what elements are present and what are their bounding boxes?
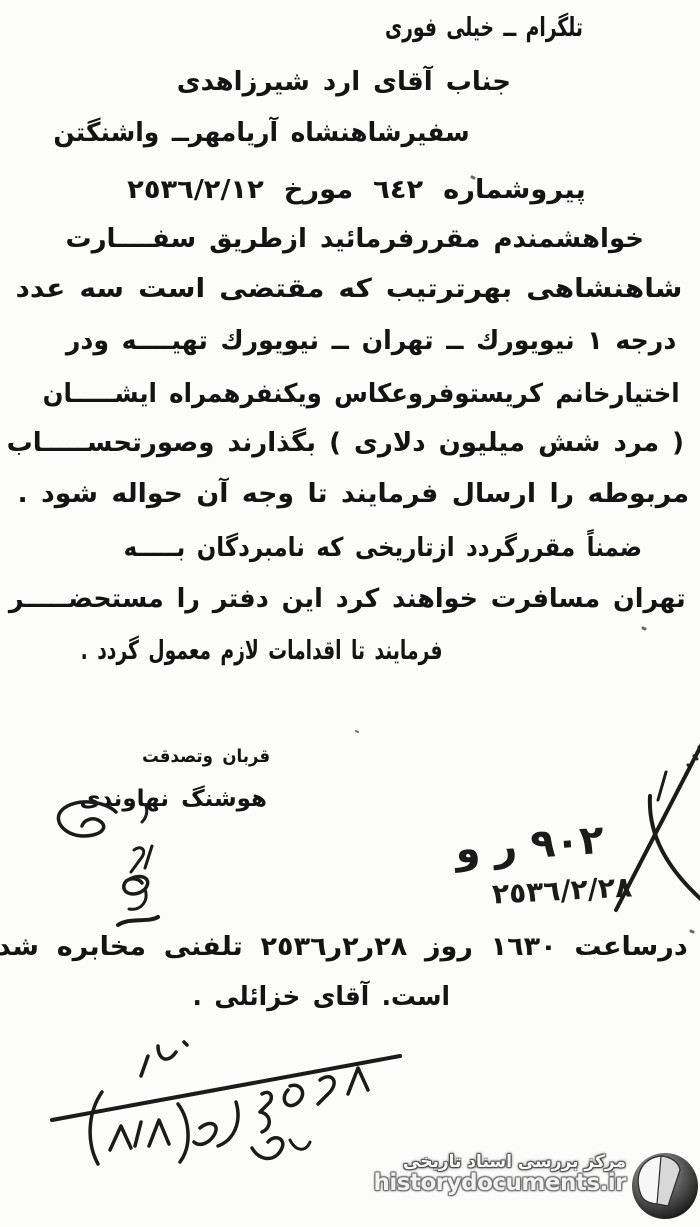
reference-number-line: پیروشماره ٦٤٢ مورخ ٢٥٣٦/٢/١٢ <box>127 175 586 206</box>
body-line-4: اختیارخانم کریستوفروعکاس ویکنفرهمراه ایش… <box>43 379 680 410</box>
handwritten-registration-number: ٩٠٢ ر و <box>454 817 606 873</box>
body-line-3: درجه ١ نیویورك ــ تهران ــ نیویورك تهیــ… <box>66 326 676 357</box>
watermark-logo <box>628 1146 700 1224</box>
signatory-name: هوشنگ نهاوندی <box>79 786 267 814</box>
telegram-type-line: تلگرام ــ خیلی فوری <box>385 13 583 44</box>
body-line-7: ضمناً مقررگردد ازتاریخی که نامبردگان بــ… <box>124 533 642 564</box>
closing-salutation: قربان وتصدقت <box>142 746 270 768</box>
body-line-9: فرمایند تا اقدامات لازم معمول گردد . <box>80 636 442 667</box>
bottom-handwritten-scrawl <box>52 1042 400 1164</box>
signature-scribble <box>58 802 158 925</box>
phone-note-line-1: درساعت ١٦٣٠ روز ٢٨ر٢ر٢٥٣٦ تلفنی مخابره ش… <box>0 932 688 963</box>
watermark-url-text: historydocuments.ir <box>374 1170 626 1196</box>
body-line-6: مربوطه را ارسال فرمایند تا وجه آن حواله … <box>17 479 689 510</box>
body-line-1: خواهشمندم مقررفرمائید ازطریق سفــــارت <box>65 224 644 255</box>
body-line-8: تهران مسافرت خواهند کرد این دفتر را مستح… <box>9 584 686 615</box>
handwritten-date: ٢٥٣٦/٢/٢٨ <box>491 870 633 910</box>
body-line-2: شاهنشاهی بهرترتیب که مقتضی است سه عدد بل… <box>0 274 682 305</box>
recipient-name-line: جناب آقای ارد شیرزاهدی <box>177 67 511 98</box>
watermark-org-text: مرکز بررسی اسناد تاریخی <box>374 1152 626 1172</box>
phone-note-line-2: است. آقای خزائلی . <box>193 982 450 1013</box>
telegram-document: تلگرام ــ خیلی فوری جناب آقای ارد شیرزاه… <box>0 0 700 1227</box>
watermark: مرکز بررسی اسناد تاریخی historydocuments… <box>374 1152 626 1196</box>
body-line-5: ( مرد شش میلیون دلاری ) بگذارند وصورتحسـ… <box>7 428 684 459</box>
recipient-title-line: سفیرشاهنشاه آریامهرــ واشنگتن <box>54 118 470 149</box>
